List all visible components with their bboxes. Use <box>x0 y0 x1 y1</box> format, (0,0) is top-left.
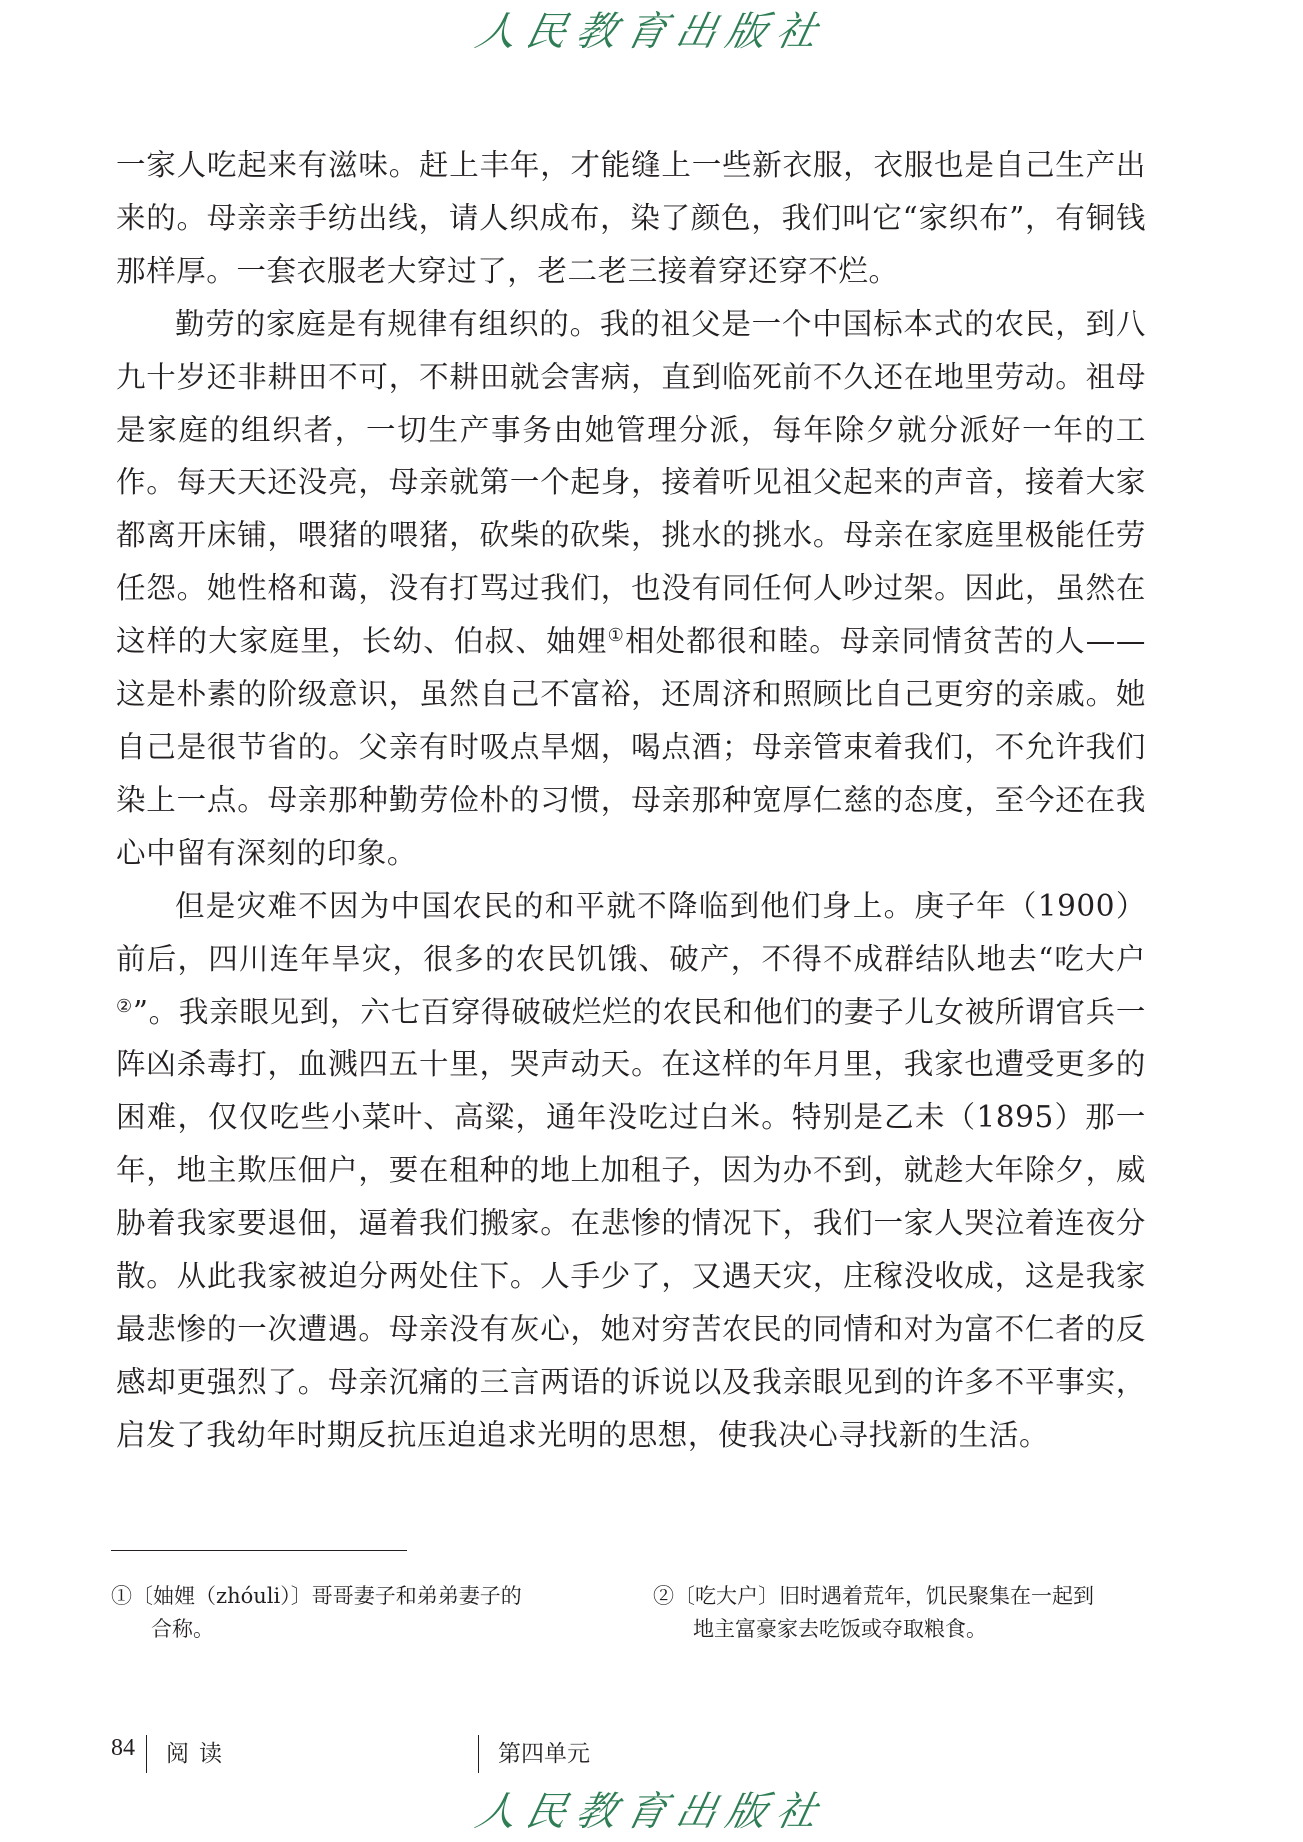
article-body: 一家人吃起来有滋味。赶上丰年，才能缝上一些新衣服，衣服也是自己生产出来的。母亲亲… <box>116 139 1146 1462</box>
footnote-definition: 旧时遇着荒年，饥民聚集在一起到 <box>779 1584 1094 1608</box>
footnote-term: 〔妯娌（zhóuli）〕 <box>132 1584 312 1608</box>
paragraph-text: ”。我亲眼见到，六七百穿得破破烂烂的农民和他们的妻子儿女被所谓官兵一阵凶杀毒打，… <box>116 995 1146 1452</box>
publisher-logo-bottom: 人民教育出版社 <box>0 1792 1303 1832</box>
paragraph-text: 但是灾难不因为中国农民的和平就不降临到他们身上。庚子年（1900）前后，四川连年… <box>116 889 1146 976</box>
footnote-marker: ① <box>111 1584 132 1608</box>
unit-label: 第四单元 <box>498 1735 590 1768</box>
paragraph-1: 一家人吃起来有滋味。赶上丰年，才能缝上一些新衣服，衣服也是自己生产出来的。母亲亲… <box>116 139 1146 298</box>
footnote-definition-cont: 地主富豪家去吃饭或夺取粮食。 <box>653 1613 1148 1646</box>
footnote-ref-2[interactable]: ② <box>116 996 133 1017</box>
footnote-ref-1[interactable]: ① <box>608 625 625 646</box>
paragraph-text: 相处都很和睦。母亲同情贫苦的人——这是朴素的阶级意识，虽然自己不富裕，还周济和照… <box>116 624 1146 870</box>
footnote-definition: 哥哥妻子和弟弟妻子的 <box>312 1584 522 1608</box>
paragraph-text: 一家人吃起来有滋味。赶上丰年，才能缝上一些新衣服，衣服也是自己生产出来的。母亲亲… <box>116 148 1146 288</box>
publisher-logo-top: 人民教育出版社 <box>0 12 1303 52</box>
page-number: 84 <box>111 1735 135 1762</box>
footnote-line: ①〔妯娌（zhóuli）〕哥哥妻子和弟弟妻子的 <box>111 1580 566 1613</box>
paragraph-text: 勤劳的家庭是有规律有组织的。我的祖父是一个中国标本式的农民，到八九十岁还非耕田不… <box>116 307 1146 658</box>
footnote-2: ②〔吃大户〕旧时遇着荒年，饥民聚集在一起到 地主富豪家去吃饭或夺取粮食。 <box>653 1580 1148 1646</box>
section-label: 阅读 <box>166 1735 232 1768</box>
footnote-line: ②〔吃大户〕旧时遇着荒年，饥民聚集在一起到 <box>653 1580 1148 1613</box>
footer-divider <box>478 1735 479 1773</box>
footnote-marker: ② <box>653 1584 674 1608</box>
paragraph-3: 但是灾难不因为中国农民的和平就不降临到他们身上。庚子年（1900）前后，四川连年… <box>116 880 1146 1462</box>
footnote-definition-cont: 合称。 <box>111 1613 566 1646</box>
paragraph-2: 勤劳的家庭是有规律有组织的。我的祖父是一个中国标本式的农民，到八九十岁还非耕田不… <box>116 298 1146 880</box>
footnote-term: 〔吃大户〕 <box>674 1584 779 1608</box>
footnote-divider <box>111 1550 407 1551</box>
footnote-1: ①〔妯娌（zhóuli）〕哥哥妻子和弟弟妻子的 合称。 <box>111 1580 566 1646</box>
footer-divider <box>146 1735 147 1773</box>
